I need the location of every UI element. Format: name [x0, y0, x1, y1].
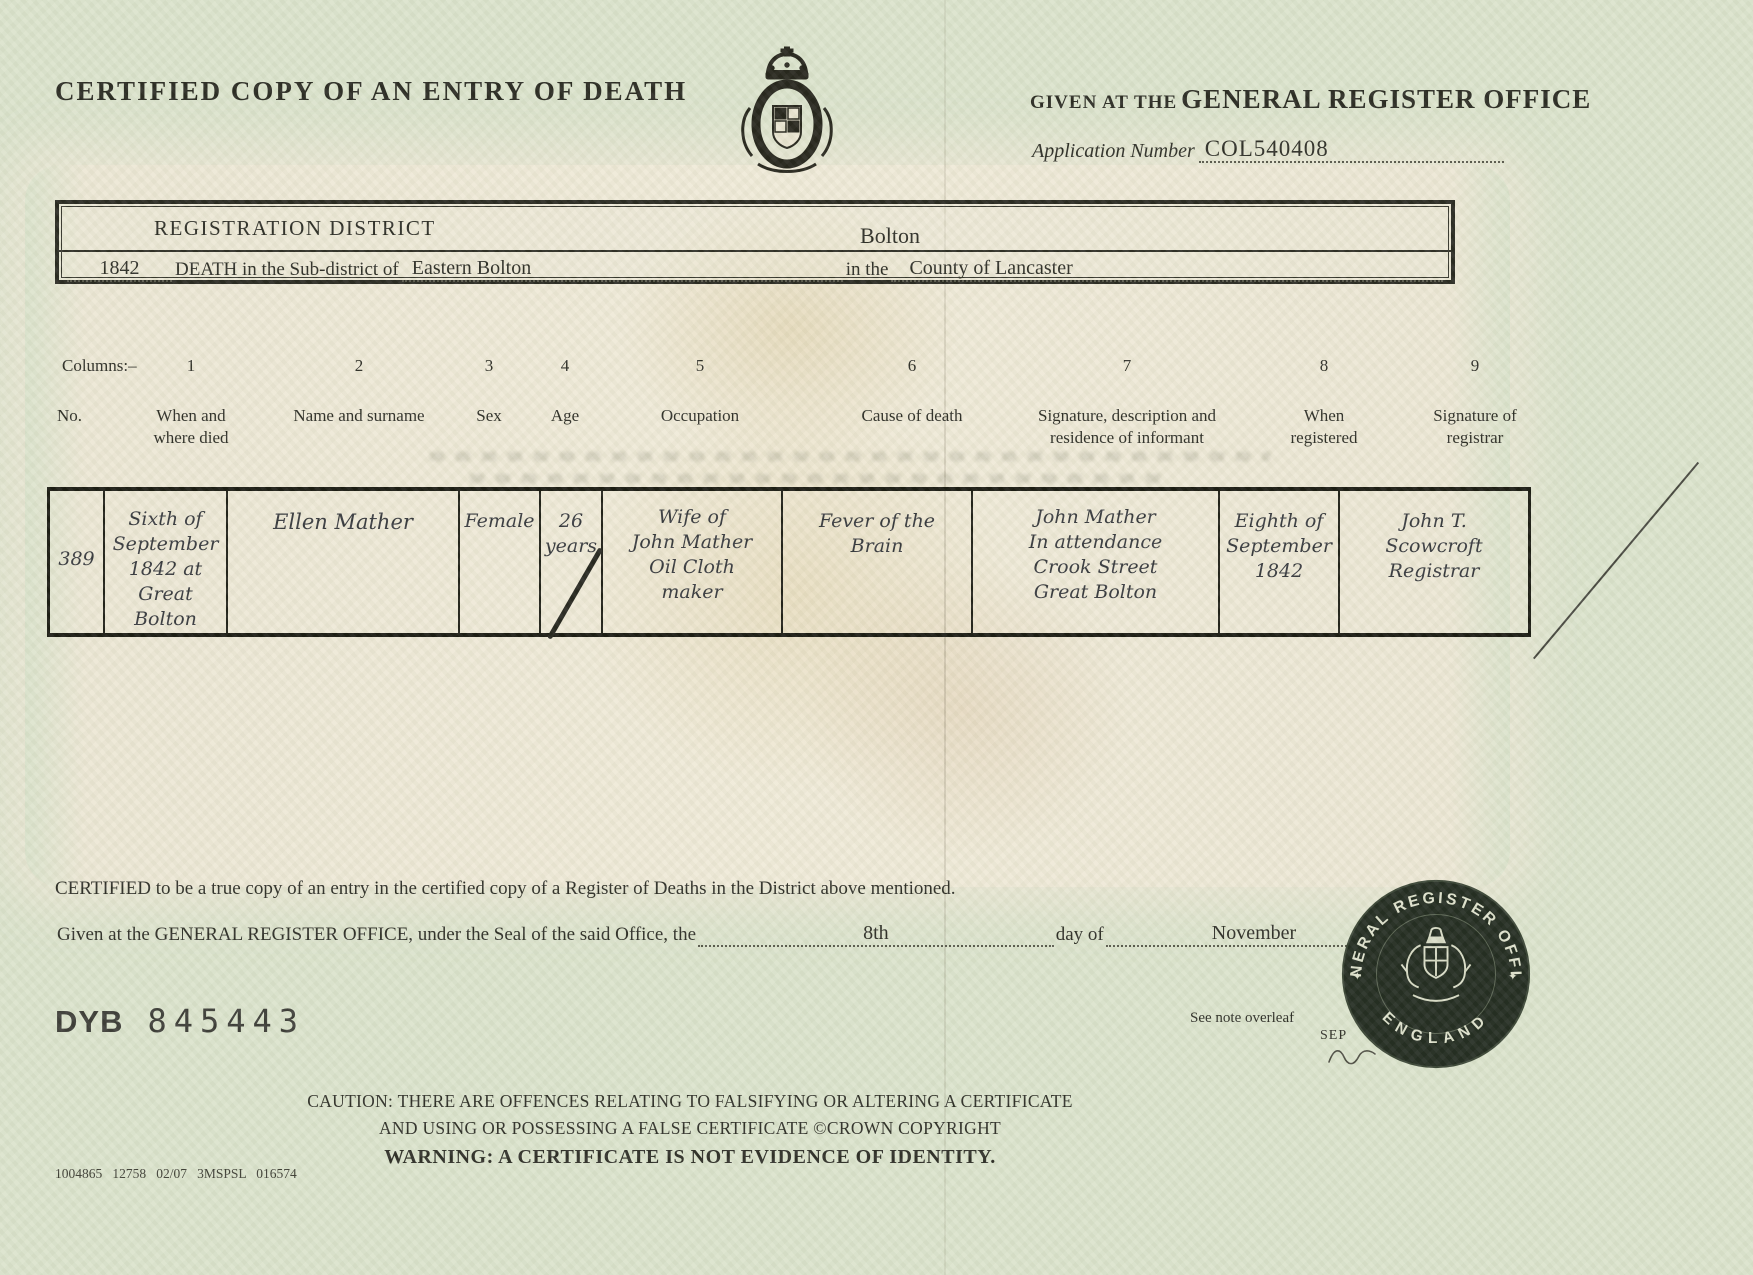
- subdistrict-row: 1842 DEATH in the Sub-district of Easter…: [59, 252, 1451, 282]
- column-number-5: 5: [696, 356, 705, 376]
- column-number-6: 6: [908, 356, 917, 376]
- column-number-7: 7: [1123, 356, 1132, 376]
- header-age: Age: [551, 405, 579, 427]
- sep-annotation: SEP: [1320, 1028, 1347, 1044]
- showthrough-text-ghost: [470, 474, 1170, 483]
- application-number-value: COL540408: [1199, 136, 1329, 161]
- certificate-serial: DYB 845443: [55, 1002, 305, 1040]
- header-cause-of-death: Cause of death: [812, 405, 1012, 427]
- seal-right-star-icon: ✦: [1508, 971, 1518, 983]
- serial-number: 845443: [147, 1002, 305, 1040]
- royal-coat-of-arms-icon: [728, 46, 846, 183]
- death-subdistrict-prefix: DEATH in the Sub-district of: [172, 259, 402, 282]
- registration-district-row: REGISTRATION DISTRICT Bolton: [59, 204, 1451, 252]
- given-at-prefix: GIVEN AT THE: [1030, 92, 1177, 113]
- given-at-statement-row: Given at the GENERAL REGISTER OFFICE, un…: [55, 922, 1515, 947]
- columns-label: Columns:–: [62, 356, 137, 376]
- header-name-surname: Name and surname: [249, 405, 469, 427]
- entry-when-where-died: Sixth of September 1842 at Great Bolton: [105, 491, 228, 633]
- entry-informant: John Mather In attendance Crook Street G…: [973, 491, 1220, 633]
- column-number-9: 9: [1471, 356, 1480, 376]
- seal-left-star-icon: ✦: [1352, 971, 1362, 983]
- in-the-label: in the: [843, 259, 892, 282]
- application-number-field: COL540408: [1199, 136, 1504, 163]
- header-signature-registrar: Signature of registrar: [1405, 405, 1545, 449]
- header-when-where-died: When and where died: [121, 405, 261, 449]
- registration-district-box: REGISTRATION DISTRICT Bolton 1842 DEATH …: [55, 200, 1455, 284]
- issue-day-value: 8th: [698, 922, 1054, 947]
- register-entry-table: 389 Sixth of September 1842 at Great Bol…: [47, 487, 1531, 637]
- entry-cause-of-death: Fever of the Brain: [783, 491, 973, 633]
- certified-statement: CERTIFIED to be a true copy of an entry …: [55, 878, 956, 900]
- see-note-overleaf: See note overleaf: [1190, 1010, 1294, 1027]
- subdistrict-value: Eastern Bolton: [402, 257, 843, 282]
- header-occupation: Occupation: [661, 405, 739, 427]
- column-number-8: 8: [1320, 356, 1329, 376]
- caution-line-1: CAUTION: THERE ARE OFFENCES RELATING TO …: [190, 1088, 1190, 1115]
- showthrough-text-ghost: [430, 452, 1270, 461]
- given-at-heading: GIVEN AT THE GENERAL REGISTER OFFICE: [1030, 84, 1591, 115]
- print-batch-code: 1004865 12758 02/07 3MSPSL 016574: [55, 1166, 297, 1182]
- county-value: County of Lancaster: [891, 257, 1443, 282]
- entry-registrar-signature: John T. Scowcroft Registrar: [1340, 491, 1528, 633]
- general-register-office-title: GENERAL REGISTER OFFICE: [1181, 84, 1591, 114]
- handwritten-squiggle: [1326, 1044, 1378, 1075]
- given-statement-prefix: Given at the GENERAL REGISTER OFFICE, un…: [55, 924, 698, 947]
- entry-when-registered: Eighth of September 1842: [1220, 491, 1340, 633]
- application-number-row: Application Number COL540408: [1032, 136, 1504, 163]
- entry-occupation: Wife of John Mather Oil Cloth maker: [603, 491, 783, 633]
- column-number-1: 1: [187, 356, 196, 376]
- registration-year: 1842: [67, 257, 172, 282]
- column-number-4: 4: [561, 356, 570, 376]
- header-when-registered: When registered: [1264, 405, 1384, 449]
- registration-district-label: REGISTRATION DISTRICT: [154, 216, 436, 241]
- column-number-2: 2: [355, 356, 364, 376]
- paper-fold-line: [944, 0, 946, 1275]
- entry-sex: Female: [460, 491, 541, 633]
- caution-text: CAUTION: THERE ARE OFFENCES RELATING TO …: [190, 1088, 1190, 1142]
- warning-text: WARNING: A CERTIFICATE IS NOT EVIDENCE O…: [190, 1146, 1190, 1169]
- closing-diagonal-line: [1533, 462, 1699, 659]
- entry-no: 389: [50, 491, 105, 633]
- caution-line-2: AND USING OR POSSESSING A FALSE CERTIFIC…: [190, 1115, 1190, 1142]
- registration-district-value: Bolton: [860, 223, 920, 249]
- header-sex: Sex: [476, 405, 502, 427]
- header-informant: Signature, description and residence of …: [997, 405, 1257, 449]
- day-of-label: day of: [1054, 924, 1106, 947]
- document-title: CERTIFIED COPY OF AN ENTRY OF DEATH: [55, 76, 687, 107]
- death-certificate-scan: CERTIFIED COPY OF AN ENTRY OF DEATH: [0, 0, 1753, 1275]
- header-no: No.: [57, 405, 82, 427]
- application-number-label: Application Number: [1032, 140, 1199, 163]
- serial-prefix: DYB: [55, 1004, 123, 1040]
- entry-name-surname: Ellen Mather: [228, 491, 460, 633]
- column-number-3: 3: [485, 356, 494, 376]
